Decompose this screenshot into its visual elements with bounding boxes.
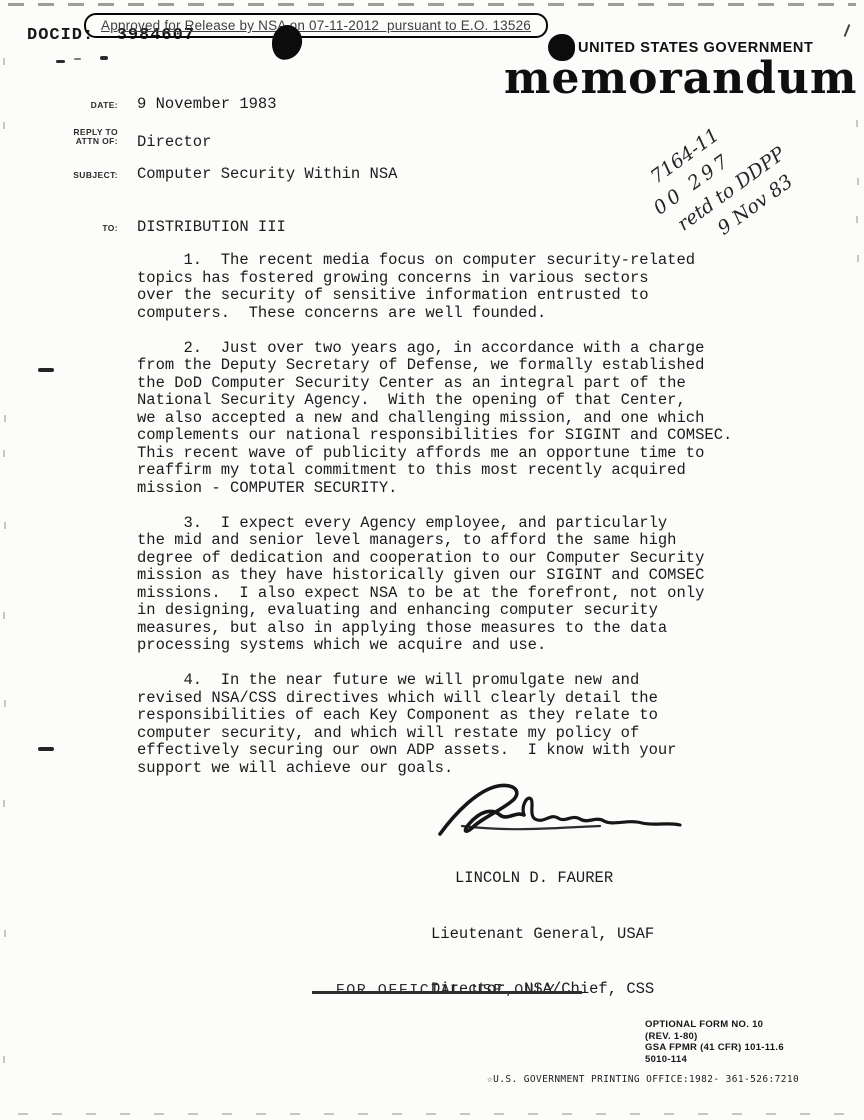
scan-artifact xyxy=(844,24,851,37)
reply-to-label: REPLY TO ATTN OF: xyxy=(28,128,118,146)
paragraph-3: 3. I expect every Agency employee, and p… xyxy=(137,515,777,655)
scan-artifact xyxy=(4,522,6,529)
to-value: DISTRIBUTION III xyxy=(137,218,286,236)
scan-edge-artifact-bottom xyxy=(18,1113,848,1115)
form-info-line: (REV. 1-80) xyxy=(645,1031,784,1043)
release-stamp: Approved for Release by NSA on 07-11-201… xyxy=(84,13,548,38)
scan-artifact xyxy=(4,415,6,422)
paragraph-4: 4. In the near future we will promulgate… xyxy=(137,672,777,777)
scan-artifact xyxy=(3,800,5,807)
strikethrough-line xyxy=(312,991,582,994)
scan-artifact xyxy=(3,612,5,619)
reply-to-value: Director xyxy=(137,133,211,151)
scan-artifact xyxy=(3,122,5,129)
scan-artifact xyxy=(856,120,858,127)
scan-artifact xyxy=(857,255,859,262)
form-info-line: 5010-114 xyxy=(645,1054,784,1066)
classification-marking: FOR OFFICIAL USE ONLY xyxy=(318,982,574,999)
signer-name: LINCOLN D. FAURER xyxy=(431,869,654,888)
signature-block: LINCOLN D. FAURER Lieutenant General, US… xyxy=(431,832,654,1036)
paragraph-1: 1. The recent media focus on computer se… xyxy=(137,252,777,322)
scan-artifact xyxy=(856,216,858,223)
scan-artifact xyxy=(74,58,81,60)
paragraph-2: 2. Just over two years ago, in accordanc… xyxy=(137,340,777,498)
memorandum-page: DOCID: 3984607 Approved for Release by N… xyxy=(0,0,864,1120)
scan-artifact xyxy=(4,930,6,937)
memo-body: 1. The recent media focus on computer se… xyxy=(137,252,777,795)
to-label: TO: xyxy=(28,224,118,233)
scan-artifact xyxy=(56,60,65,63)
gpo-printing-line: ☆U.S. GOVERNMENT PRINTING OFFICE:1982- 3… xyxy=(487,1074,799,1085)
signer-title: Lieutenant General, USAF xyxy=(431,925,654,944)
scan-artifact xyxy=(4,700,6,707)
date-label: DATE: xyxy=(28,101,118,110)
scan-artifact xyxy=(100,56,108,60)
scan-artifact xyxy=(3,450,5,457)
subject-label: SUBJECT: xyxy=(28,171,118,180)
scan-artifact xyxy=(3,58,5,65)
form-identification: OPTIONAL FORM NO. 10 (REV. 1-80) GSA FPM… xyxy=(645,1019,784,1065)
scan-edge-artifact-top xyxy=(8,3,856,6)
scan-artifact xyxy=(3,1056,5,1063)
margin-mark xyxy=(38,368,54,372)
scan-artifact xyxy=(857,178,859,185)
date-value: 9 November 1983 xyxy=(137,95,277,113)
form-info-line: OPTIONAL FORM NO. 10 xyxy=(645,1019,784,1031)
margin-mark xyxy=(38,747,54,751)
subject-value: Computer Security Within NSA xyxy=(137,165,397,183)
form-info-line: GSA FPMR (41 CFR) 101-11.6 xyxy=(645,1042,784,1054)
